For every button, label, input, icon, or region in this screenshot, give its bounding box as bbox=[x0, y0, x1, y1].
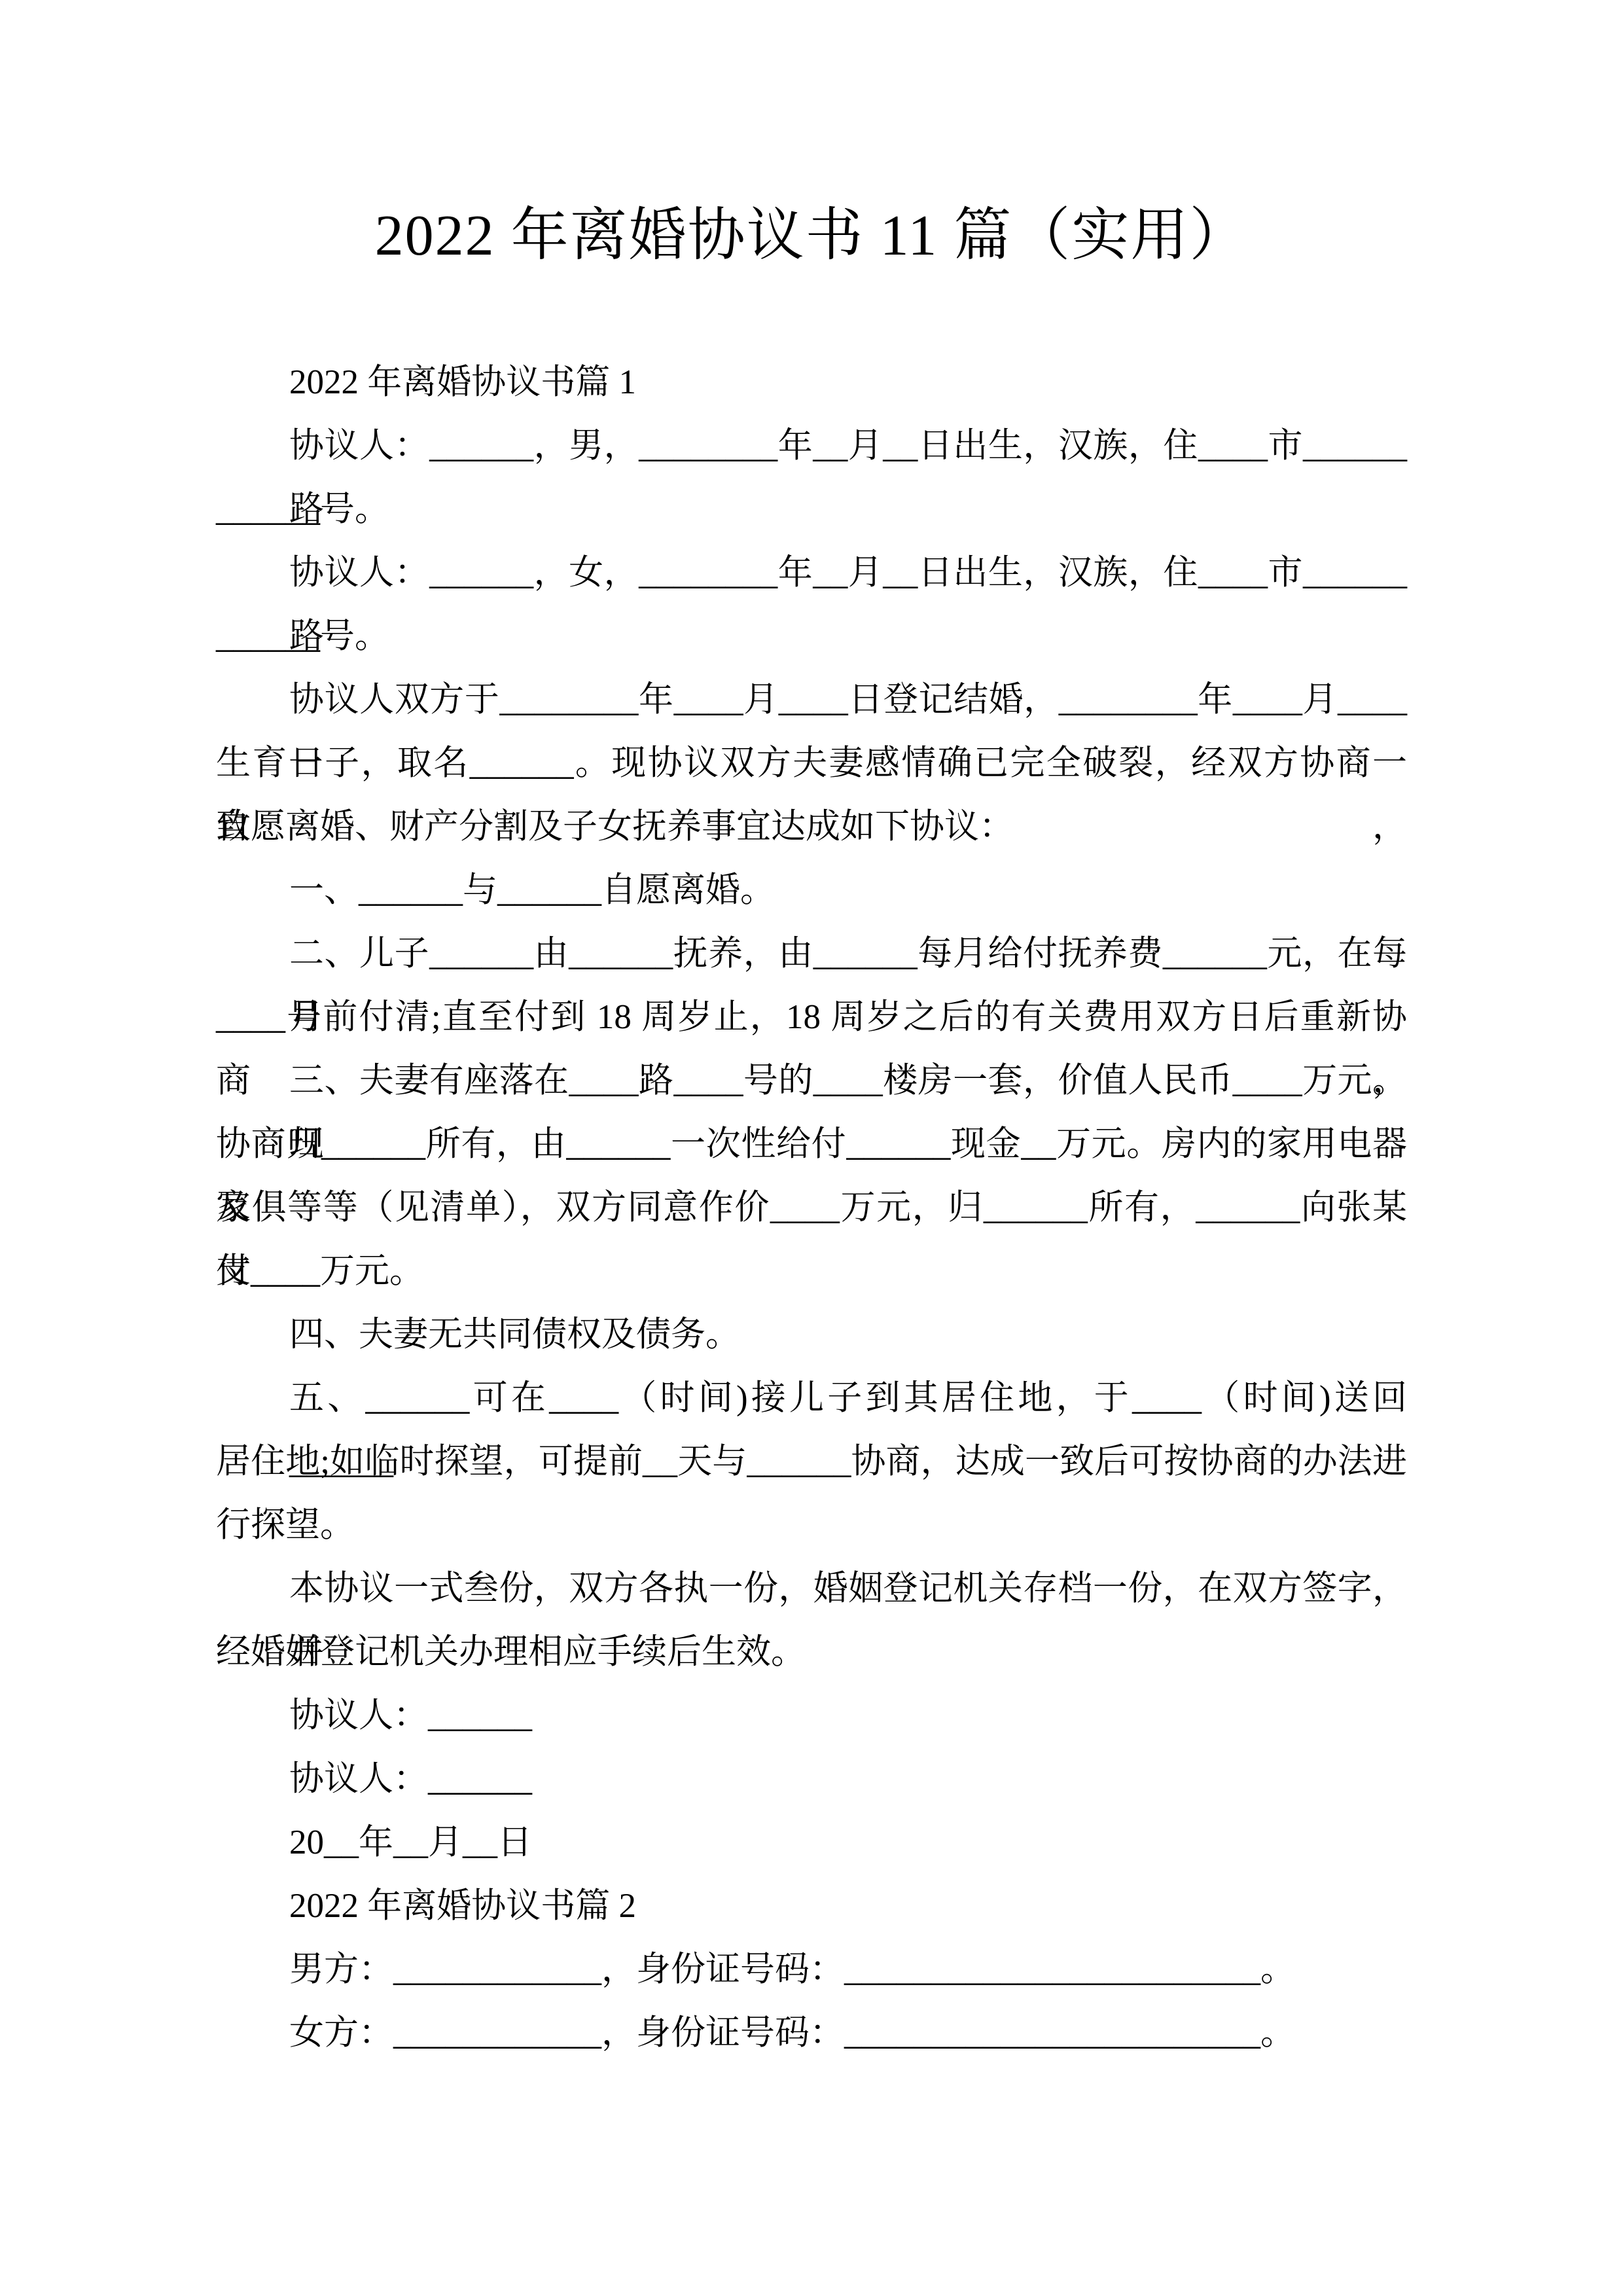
text-line-date: 20__年__月__日 bbox=[216, 1811, 1407, 1874]
text-line-clause-4: 四、夫妻无共同债权及债务。 bbox=[216, 1303, 1407, 1367]
text-line-copies: 本协议一式叁份，双方各执一份，婚姻登记机关存档一份，在双方签字，并 bbox=[216, 1557, 1407, 1621]
text-line-clause-3-cont-3: 付____万元。 bbox=[216, 1240, 1407, 1303]
text-line-clause-2: 二、儿子______由______抚养，由______每月给付抚养费______… bbox=[216, 922, 1407, 986]
document-body: 2022 年离婚协议书篇 1 协议人：______，男，________年__月… bbox=[216, 351, 1407, 2065]
text-line-party-male-cont: ______号。 bbox=[216, 478, 1407, 541]
text-line-copies-cont: 经婚姻登记机关办理相应手续后生效。 bbox=[216, 1621, 1407, 1684]
text-line-marriage-cont-1: 生育一子，取名______。现协议双方夫妻感情确已完全破裂，经双方协商一致， bbox=[216, 732, 1407, 795]
text-line-clause-1: 一、______与______自愿离婚。 bbox=[216, 859, 1407, 922]
text-line-clause-3: 三、夫妻有座落在____路____号的____楼房一套，价值人民币____万元，… bbox=[216, 1049, 1407, 1113]
text-line-male-id: 男方：____________，身份证号码：__________________… bbox=[216, 1938, 1407, 2001]
text-line-party-female-cont: ______号。 bbox=[216, 605, 1407, 668]
text-line-signature-1: 协议人：______ bbox=[216, 1684, 1407, 1748]
text-line-section-1-heading: 2022 年离婚协议书篇 1 bbox=[216, 351, 1407, 414]
text-line-marriage-date: 协议人双方于________年____月____日登记结婚，________年_… bbox=[216, 668, 1407, 732]
text-line-clause-2-cont: ____号前付清;直至付到 18 周岁止，18 周岁之后的有关费用双方日后重新协… bbox=[216, 986, 1407, 1049]
text-line-clause-5-cont-1: 居住地;如临时探望，可提前__天与______协商，达成一致后可按协商的办法进 bbox=[216, 1430, 1407, 1494]
text-line-clause-3-cont-1: 协商归______所有，由______一次性给付______现金__万元。房内的… bbox=[216, 1113, 1407, 1176]
text-line-party-female: 协议人：______，女，________年__月__日出生，汉族，住____市… bbox=[216, 541, 1407, 605]
text-line-party-male: 协议人：______，男，________年__月__日出生，汉族，住____市… bbox=[216, 414, 1407, 478]
text-line-clause-3-cont-2: 家俱等等（见清单），双方同意作价____万元，归______所有，______向… bbox=[216, 1176, 1407, 1240]
document-page: 2022 年离婚协议书 11 篇（实用） 2022 年离婚协议书篇 1 协议人：… bbox=[0, 0, 1623, 2296]
text-line-section-2-heading: 2022 年离婚协议书篇 2 bbox=[216, 1874, 1407, 1938]
text-line-signature-2: 协议人：______ bbox=[216, 1748, 1407, 1811]
text-line-clause-5-cont-2: 行探望。 bbox=[216, 1494, 1407, 1557]
document-title: 2022 年离婚协议书 11 篇（实用） bbox=[0, 200, 1623, 272]
text-line-clause-5: 五、______可在____（时间)接儿子到其居住地，于____（时间)送回__… bbox=[216, 1367, 1407, 1430]
text-line-female-id: 女方：____________，身份证号码：__________________… bbox=[216, 2001, 1407, 2065]
